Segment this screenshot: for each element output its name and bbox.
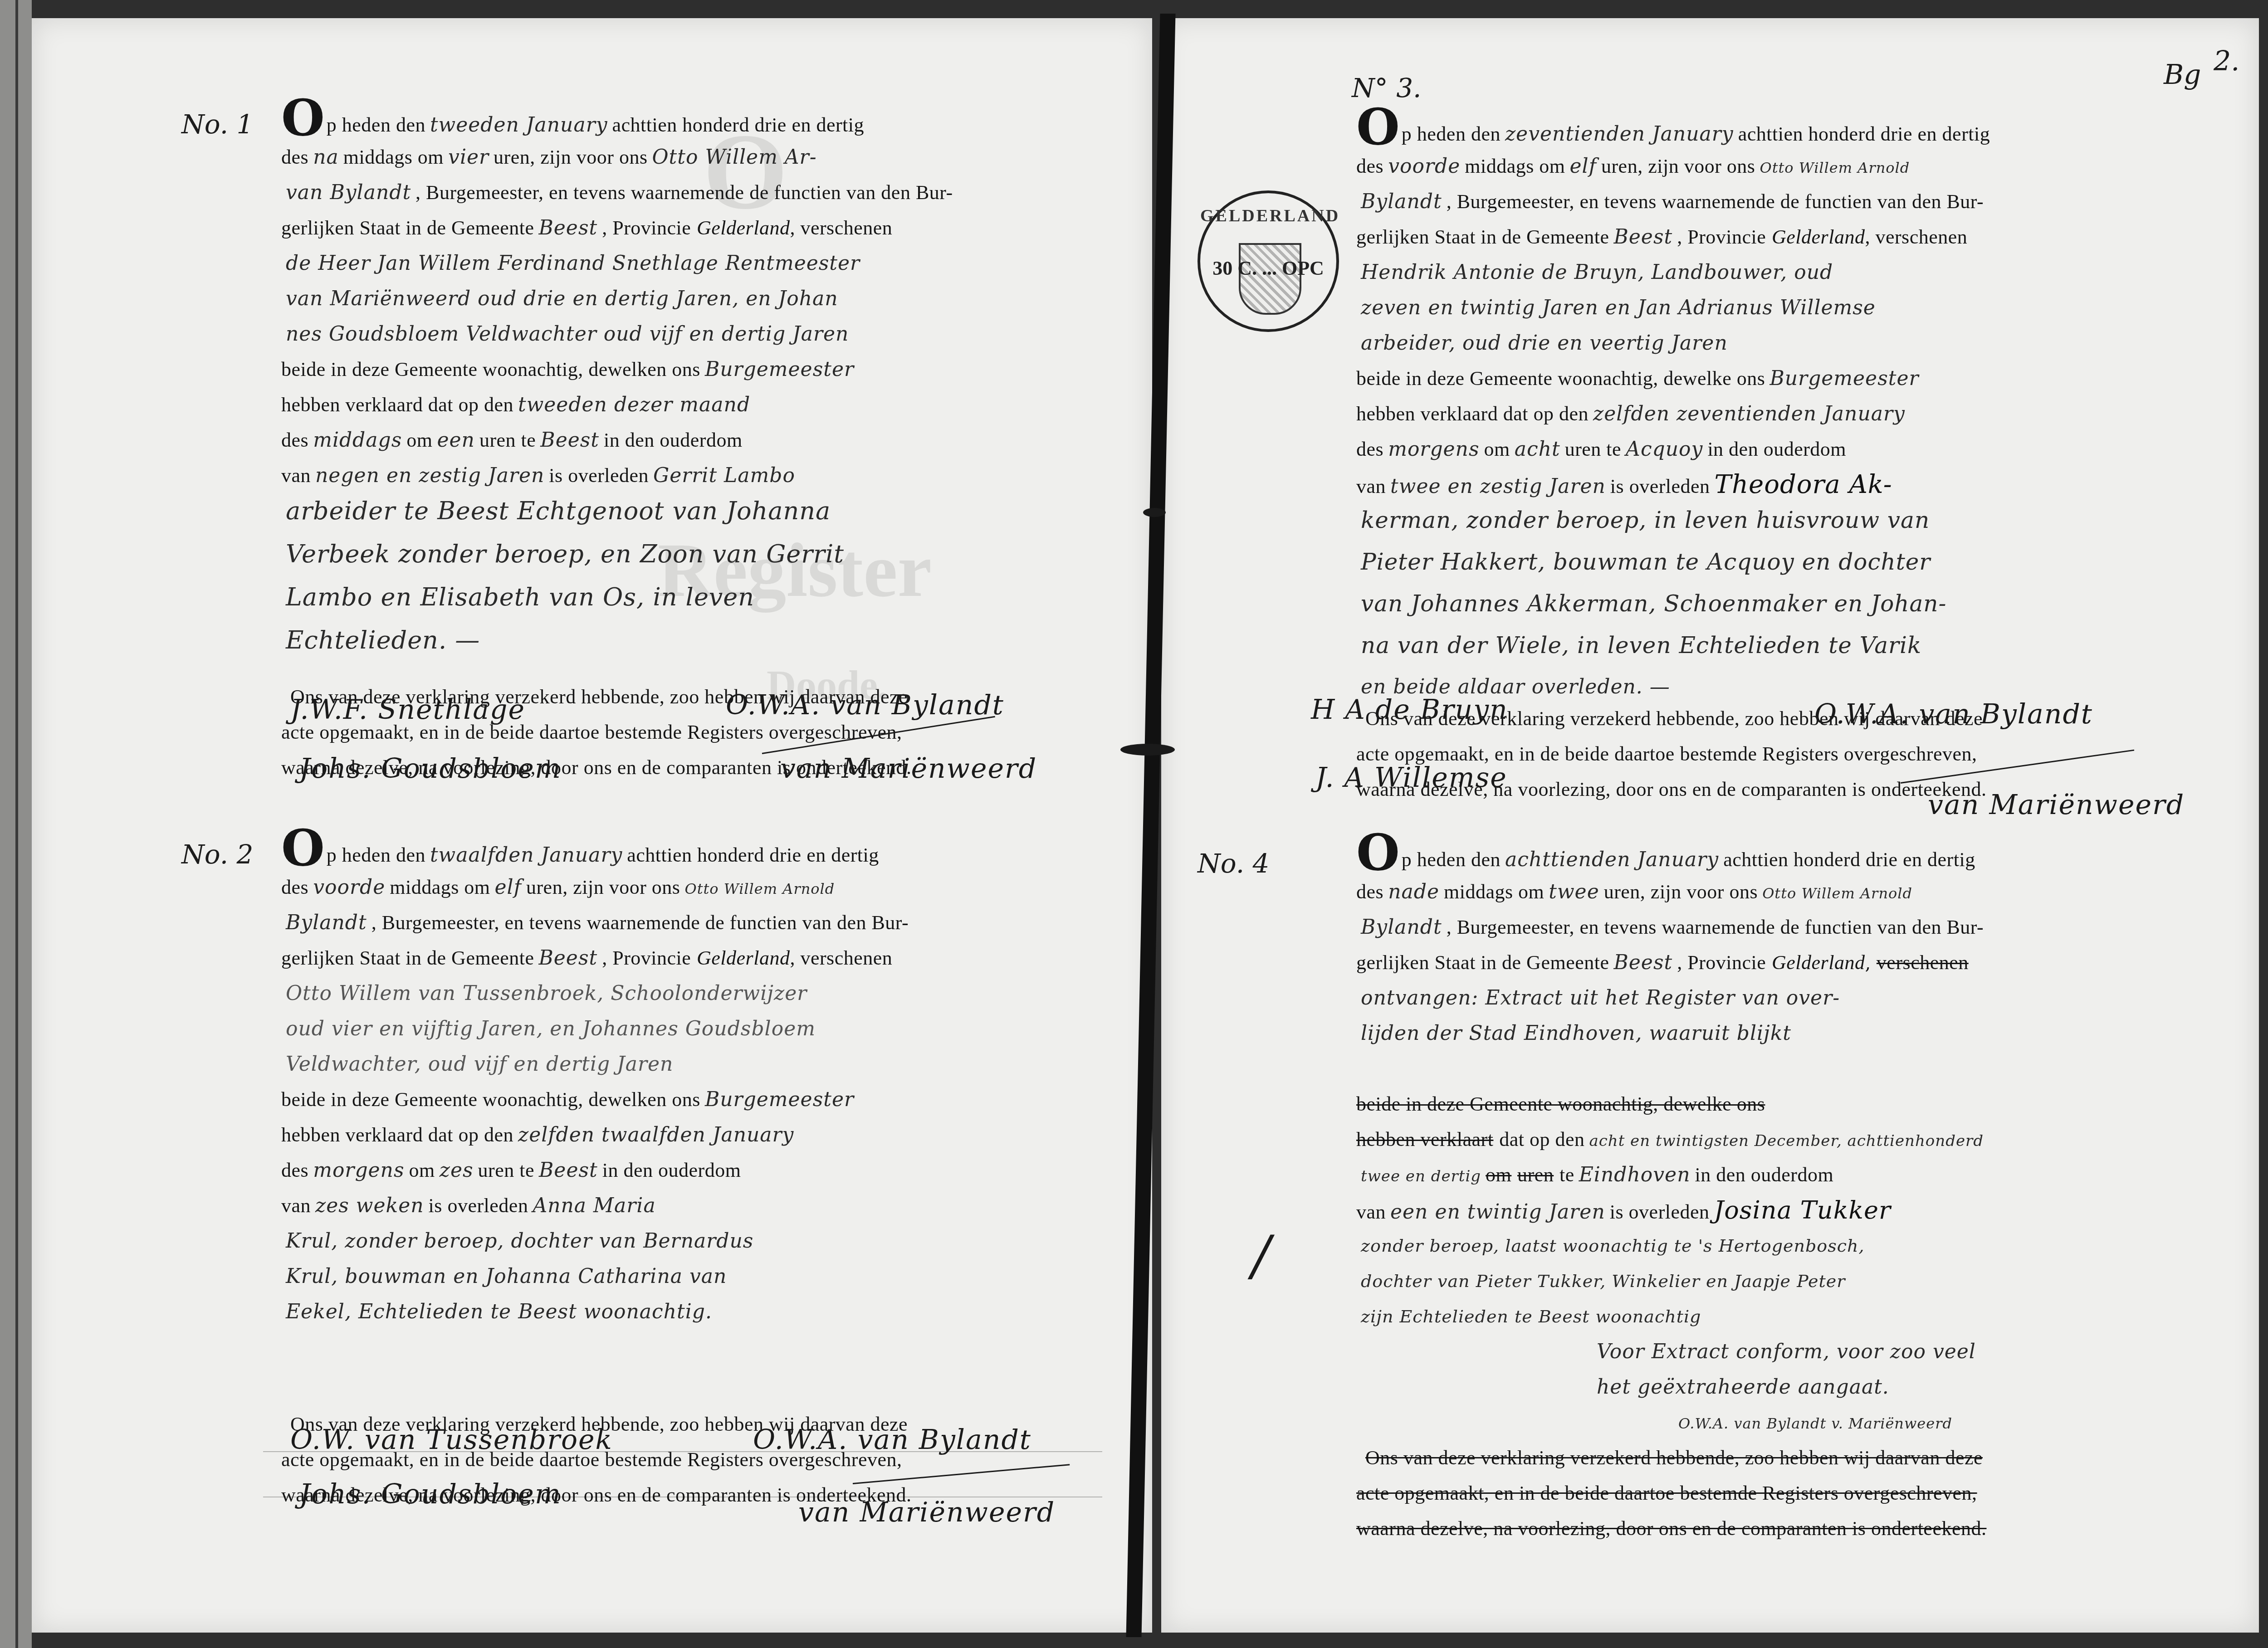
entry-4-deceased: Josina Tukker bbox=[1714, 1196, 1891, 1224]
entry-1-number: No. 1 bbox=[181, 109, 253, 140]
certification-signature: O.W.A. van Bylandt v. Mariënweerd bbox=[1678, 1415, 1952, 1432]
entry-1-hour: vier bbox=[448, 146, 489, 169]
entry-2-signature-mayor-2: van Mariënweerd bbox=[798, 1497, 1055, 1528]
entry-3-deceased: Theodora Ak- bbox=[1715, 470, 1892, 499]
signature-rule bbox=[263, 1451, 1102, 1452]
entry-3-signature-mayor: O.W.A. van Bylandt bbox=[1814, 698, 2093, 730]
entry-2: Op heden dentwaalfden Januaryachttien ho… bbox=[281, 834, 1089, 1513]
entry-1-signature-witness-2: Johs. Goudsbloem bbox=[299, 753, 562, 785]
entry-4: Op heden denachttienden Januaryachttien … bbox=[1356, 839, 2164, 1546]
gelderland-tax-stamp: GELDERLAND 30 C. ... OPC bbox=[1198, 190, 1339, 332]
entry-4-margin-mark: / bbox=[1252, 1224, 1271, 1287]
left-binding-line bbox=[15, 0, 18, 1648]
entry-1-date: tweeden January bbox=[430, 113, 608, 137]
entry-2-number: No. 2 bbox=[181, 839, 253, 870]
entry-1: Op heden dentweeden Januaryachttien hond… bbox=[281, 104, 1089, 785]
entry-1-municipality: Beest bbox=[538, 216, 597, 239]
entry-3-signature-mayor-2: van Mariënweerd bbox=[1928, 789, 2185, 821]
certification-text: Voor Extract conform, voor zoo veel bbox=[1597, 1340, 1976, 1363]
entry-1-signature-mayor-2: van Mariënweerd bbox=[780, 753, 1037, 785]
folio-number: 2. bbox=[2214, 45, 2239, 77]
signature-rule-2 bbox=[263, 1497, 1102, 1497]
entry-4-number: No. 4 bbox=[1198, 848, 1269, 879]
entry-3-date: zeventienden January bbox=[1505, 122, 1734, 146]
entry-2-deceased: Anna Maria bbox=[533, 1194, 655, 1217]
entry-3-signature-witness-1: H A de Bruyn bbox=[1311, 694, 1508, 726]
scanned-register-spread: Register Doode. O Bg 2. No. 1 Op heden d… bbox=[0, 0, 2268, 1648]
entry-4-date: achttienden January bbox=[1505, 848, 1719, 871]
entry-1-signature-witness-1: J.W.F. Snethlage bbox=[290, 694, 525, 726]
entry-1-witness: de Heer Jan Willem Ferdinand Snethlage R… bbox=[286, 252, 860, 275]
entry-1-signature-mayor: O.W.A. van Bylandt bbox=[726, 689, 1004, 721]
entry-1-deceased: Gerrit Lambo bbox=[653, 464, 795, 487]
binding-thread-2 bbox=[1143, 508, 1166, 517]
entry-2-date: twaalfden January bbox=[430, 844, 622, 867]
drop-cap: O bbox=[281, 88, 325, 147]
entry-2-signature-witness-2: Johs. Goudsbloem bbox=[299, 1478, 562, 1510]
binding-thread bbox=[1120, 744, 1175, 756]
entry-3-signature-witness-2: J. A Willemse bbox=[1315, 762, 1507, 794]
folio-initials: Bg bbox=[2164, 59, 2201, 91]
